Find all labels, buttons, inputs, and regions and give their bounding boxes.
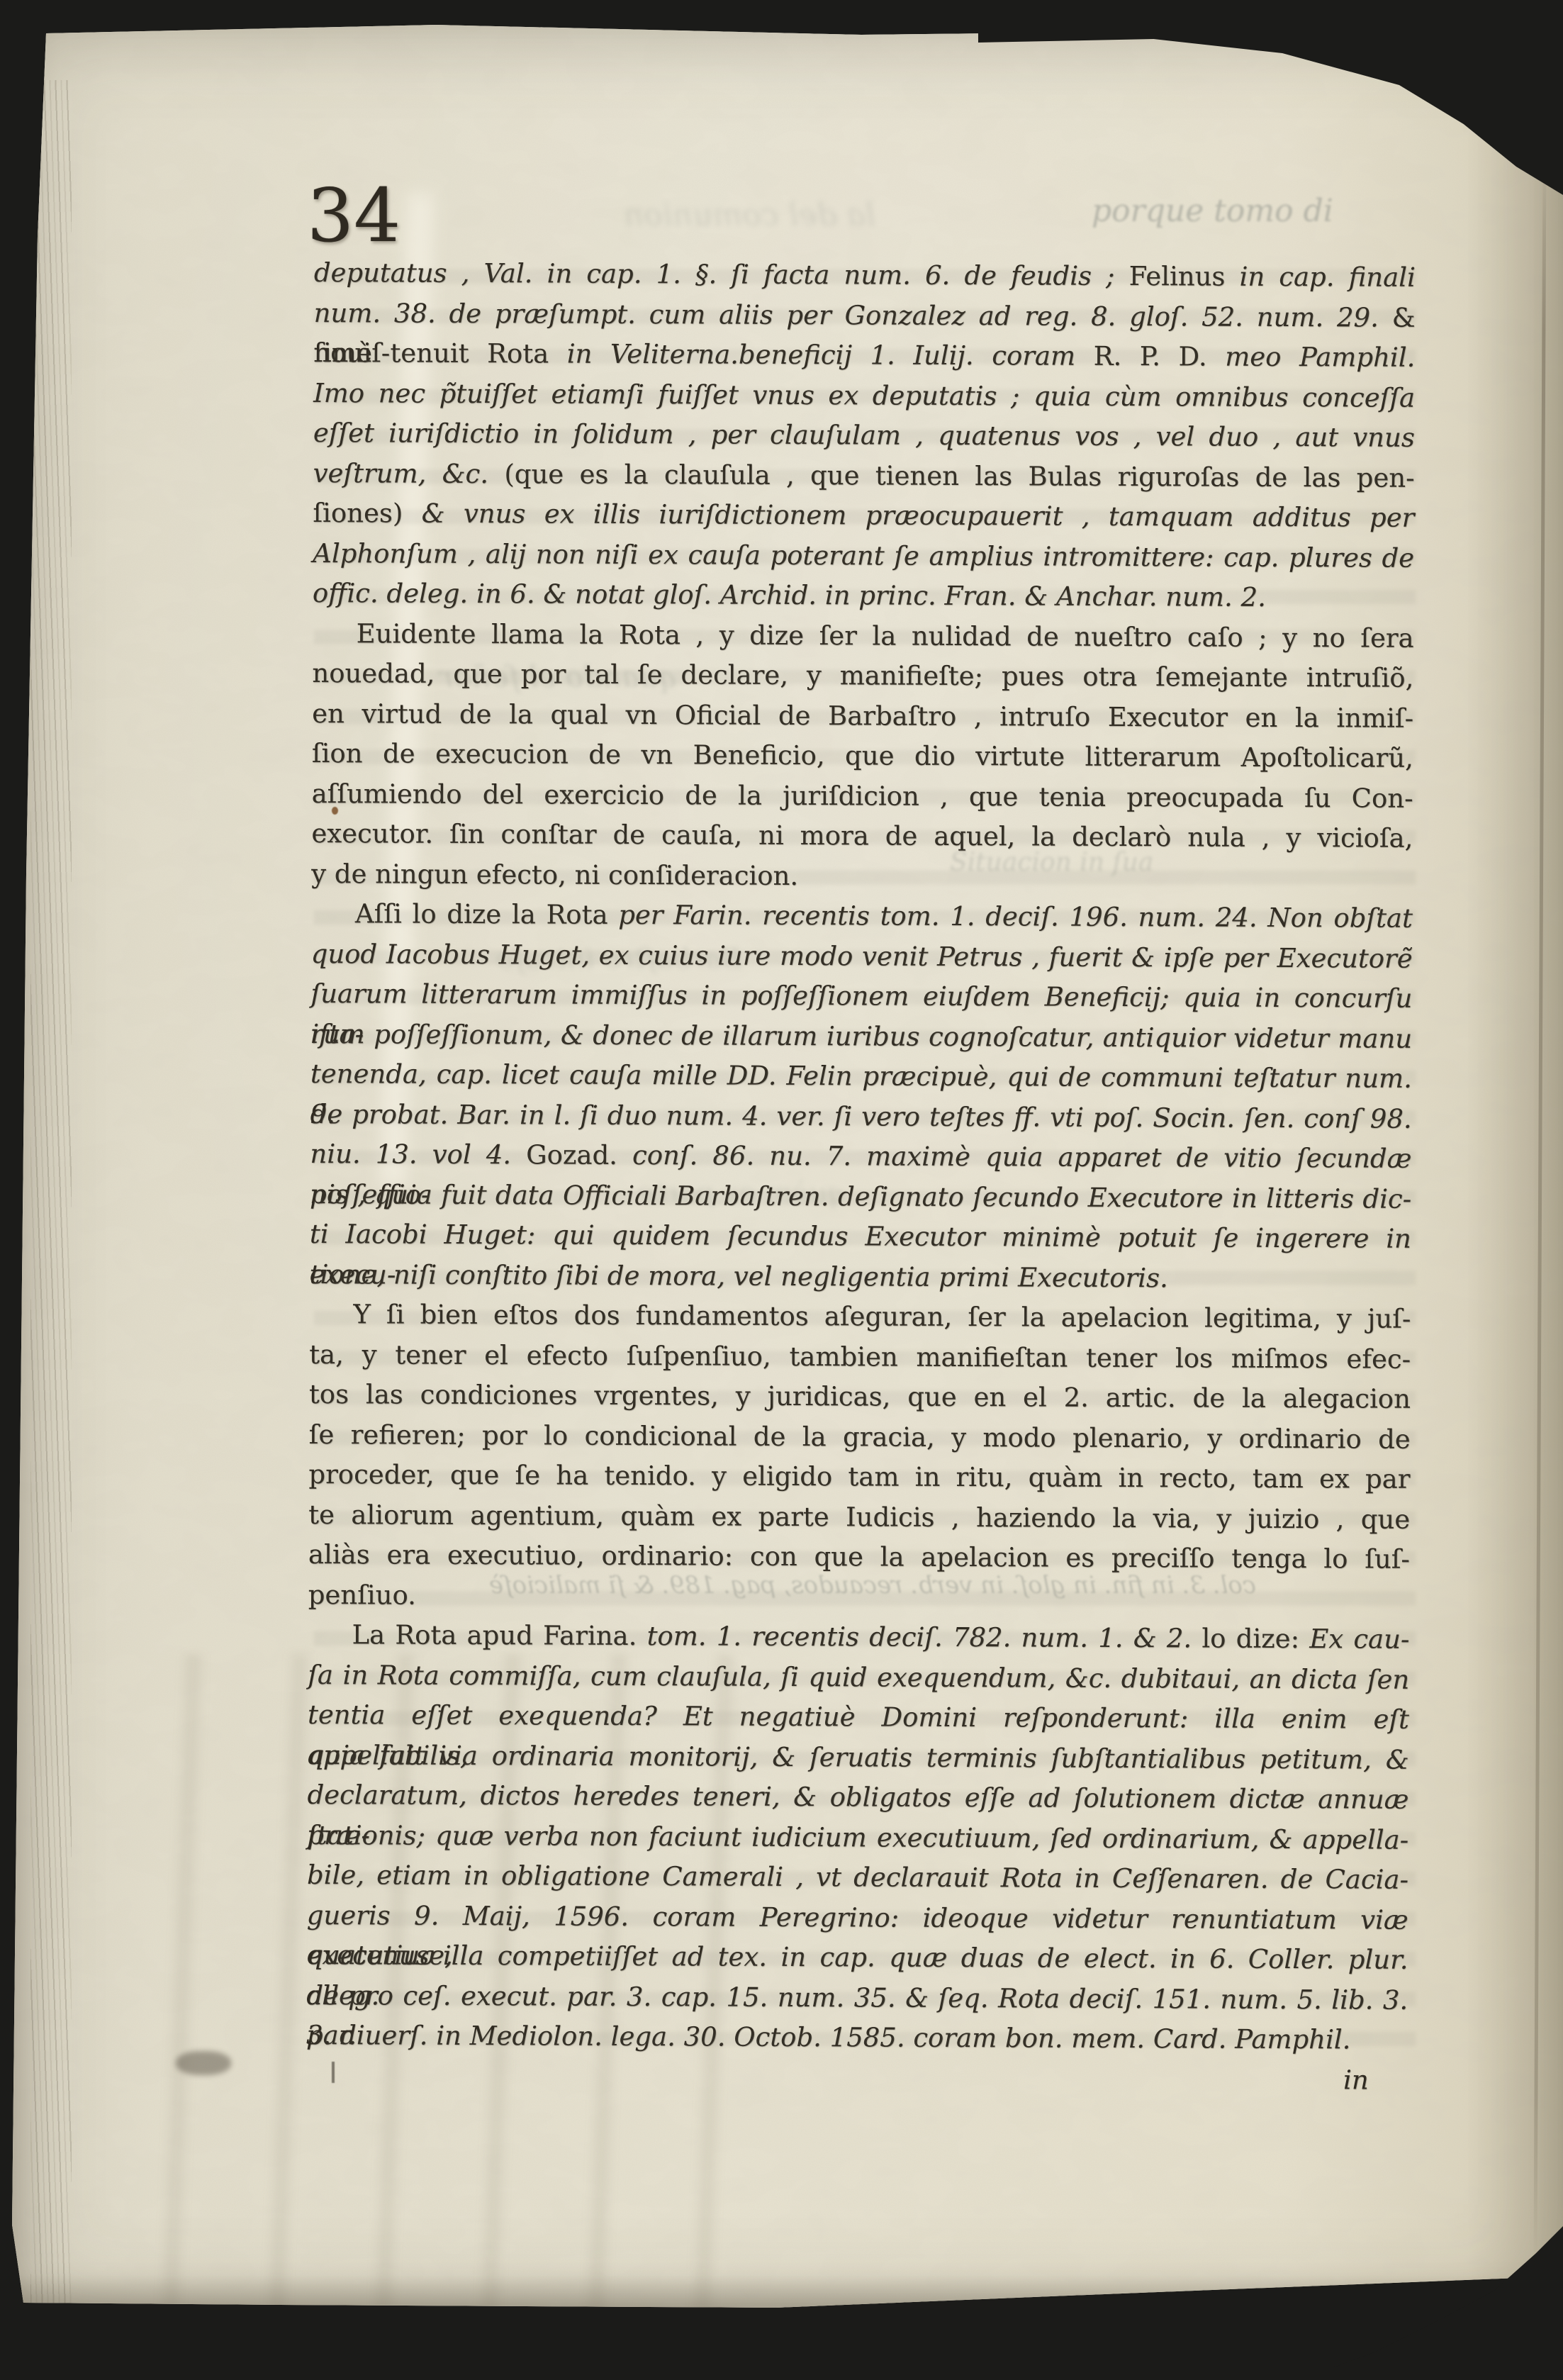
text-line: nis , quia fuit data Officiali Barbaſtre… [310,1174,1411,1219]
text-line: en virtud de la qual vn Oficial de Barba… [312,693,1413,738]
text-line: eſſet iuriſdictio in ſolidum , per clauſ… [313,413,1415,458]
text-segment: aliàs era executiuo, ordinario: con que … [308,1539,1410,1575]
text-segment: lo dize: [1201,1623,1309,1654]
text-line: proceder, que ſe ha tenido. y eligido ta… [308,1455,1410,1499]
text-segment: Felinus [1129,261,1240,292]
text-segment: y de ningun efecto, ni conſideracion. [311,858,798,890]
text-segment: veſtrum, &c. [313,457,505,488]
text-segment: aſſumiendo del exercicio de la juriſdici… [312,778,1413,813]
text-line: ſuarum litterarum immiſſus in poſſeſſion… [310,974,1412,1019]
text-segment: deputatus , Val. in cap. 1. §. ſi facta … [314,257,1129,291]
text-line: penſiuo. [308,1575,1410,1619]
text-segment: ſiones) [313,498,421,529]
text-line: Y ſi bien eſtos dos fundamentos aſeguran… [309,1295,1411,1339]
text-segment: ſion de execucion de vn Beneficio, que d… [312,738,1413,773]
text-segment: num. 38. de præſumpt. cum aliis per Gonz… [314,297,1392,333]
text-segment: Imo nec p̃tuiſſet etiamſi fuiſſet vnus e… [313,377,1415,413]
text-line: quatenus illa competiiſſet ad tex. in ca… [306,1935,1408,1980]
text-line: 3. diuerſ. in Mediolon. lega. 30. Octob.… [306,2016,1408,2060]
text-segment: Y ſi bien eſtos dos fundamentos aſeguran… [353,1299,1411,1334]
text-line: num. 38. de præſumpt. cum aliis per Gonz… [314,293,1416,337]
text-segment: quia fuit via ordinaria monitorij, & ſer… [308,1739,1409,1775]
text-line: ſiones) & vnus ex illis iuriſdictionem p… [313,493,1414,538]
text-segment: La Rota apud Farina. [352,1619,646,1651]
text-line: ſa in Rota commiſſa, cum clauſula, ſi qu… [308,1655,1409,1699]
text-line: niu. 13. vol 4. Gozad. conſ. 86. nu. 7. … [310,1134,1411,1179]
text-line: aſſumiendo del exercicio de la juriſdici… [312,773,1413,818]
page-curl-shading [1467,62,1563,2313]
text-block: deputatus , Val. in cap. 1. §. ſi facta … [306,253,1416,2101]
text-segment: in Veliterna.beneficij 1. Iulij. coram [567,339,1094,371]
text-line: bile, etiam in obligatione Camerali , vt… [307,1855,1408,1900]
text-segment: meo Pamphil. [1225,342,1415,373]
text-line: de probat. Bar. in l. ſi duo num. 4. ver… [310,1094,1412,1139]
text-segment: R. P. D. [1094,341,1226,372]
text-line: ſimè tenuit Rota in Veliterna.beneficij … [313,333,1415,378]
text-segment: nouedad, que por tal ſe declare, y manif… [312,658,1413,693]
text-line: ſtationis; quæ verba non faciunt iudiciu… [307,1815,1408,1860]
text-line: La Rota apud Farina. tom. 1. recentis de… [308,1615,1409,1660]
text-segment: & vnus ex illis iuriſdictionem præocupau… [422,498,1415,533]
scanned-book-photo: { "page": { "number": "34", "catchword":… [0,0,1563,2380]
text-segment: 3. diuerſ. in Mediolon. lega. 30. Octob.… [306,2020,1351,2055]
text-segment: executor. ſin conſtar de cauſa, ni mora … [311,818,1413,854]
text-segment: nis , quia fuit data Officiali Barbaſtre… [310,1178,1411,1214]
text-segment: tom. 1. recentis deciſ. 782. num. 1. & 2… [647,1621,1202,1653]
text-line: declaratum, dictos heredes teneri, & obl… [307,1775,1408,1820]
text-line: te aliorum agentium, quàm ex parte Iudic… [308,1495,1410,1539]
text-segment: proceder, que ſe ha tenido. y eligido ta… [308,1459,1410,1495]
text-segment: ſe refieren; por lo condicional de la gr… [309,1419,1411,1454]
text-segment: ſimè tenuit Rota [313,337,567,369]
text-line: tenenda, cap. licet cauſa mille DD. Feli… [310,1054,1412,1099]
text-line: ſe refieren; por lo condicional de la gr… [309,1414,1411,1459]
text-line: deputatus , Val. in cap. 1. §. ſi facta … [314,253,1416,298]
ink-stroke-mark [332,2062,335,2083]
text-segment: ſtationis; quæ verba non faciunt iudiciu… [307,1819,1408,1855]
text-segment: per Farin. recentis tom. 1. deciſ. 196. … [618,900,1413,934]
text-line: rum poſſeſſionum, & donec de illarum iur… [310,1014,1412,1058]
text-line: y de ningun efecto, ni conſideracion. [311,854,1413,898]
text-line: tentia eſſet exequenda? Et negatiuè Domi… [308,1695,1409,1740]
text-segment: Ex cau- [1309,1624,1409,1655]
text-line: tione, niſi conſtito ſibi de mora, vel n… [310,1254,1411,1299]
text-line: Aſſi lo dize la Rota per Farin. recentis… [311,894,1413,939]
text-segment: penſiuo. [308,1579,416,1610]
text-line: Alphonſum , alij non niſi ex cauſa poter… [313,533,1414,578]
page-number: 34 [307,179,400,252]
catchword: in [306,2055,1408,2100]
text-segment: Aſſi lo dize la Rota [355,898,619,930]
text-line: quod Iacobus Huget, ex cuius iure modo v… [311,934,1413,978]
text-line: de pro ceſ. execut. par. 3. cap. 15. num… [306,1975,1408,2020]
text-segment: Euidente llama la Rota , y dize ſer la n… [357,618,1414,654]
text-segment: ta, y tener el efecto ſuſpenſiuo, tambie… [309,1339,1411,1374]
text-segment: in cap. finali [1239,262,1415,293]
text-line: aliàs era executiuo, ordinario: con que … [308,1535,1410,1580]
text-line: Euidente llama la Rota , y dize ſer la n… [313,613,1414,658]
text-line: executor. ſin conſtar de cauſa, ni mora … [311,814,1413,859]
text-line: ti Iacobi Huget: qui quidem ſecundus Exe… [310,1214,1411,1259]
text-line: gueris 9. Maij, 1596. coram Peregrino: i… [307,1895,1408,1940]
text-line: nouedad, que por tal ſe declare, y manif… [312,654,1413,698]
text-segment: rum poſſeſſionum, & donec de illarum iur… [310,1018,1412,1054]
text-line: Imo nec p̃tuiſſet etiamſi fuiſſet vnus e… [313,373,1415,418]
text-line: offic. deleg. in 6. & notat gloſ. Archid… [313,574,1414,618]
ink-smudge [176,2051,231,2075]
text-segment: niu. 13. vol 4. [310,1139,526,1170]
text-segment: quod Iacobus Huget, ex cuius iure modo v… [311,938,1413,973]
text-segment: te aliorum agentium, quàm ex parte Iudic… [308,1499,1410,1534]
text-segment: en virtud de la qual vn Oficial de Barba… [312,698,1413,733]
text-segment: Gozad. [526,1139,632,1171]
paper-speck [332,807,338,815]
text-segment: offic. deleg. in 6. & notat gloſ. Archid… [313,578,1266,613]
text-segment: eſſet iuriſdictio in ſolidum , per clauſ… [313,418,1415,453]
text-segment: de probat. Bar. in l. ſi duo num. 4. ver… [310,1098,1412,1134]
text-line: quia fuit via ordinaria monitorij, & ſer… [308,1735,1409,1780]
page-edge-stack [30,80,72,2310]
text-line: veſtrum, &c. (que es la clauſula , que t… [313,453,1415,498]
text-line: ſion de execucion de vn Beneficio, que d… [312,734,1413,778]
text-segment: ſa in Rota commiſſa, cum clauſula, ſi qu… [308,1659,1409,1694]
text-line: ta, y tener el efecto ſuſpenſiuo, tambie… [309,1334,1411,1379]
text-segment: tione, niſi conſtito ſibi de mora, vel n… [310,1258,1168,1292]
text-segment: (que es la clauſula , que tienen las Bul… [504,459,1414,493]
text-segment: Alphonſum , alij non niſi ex cauſa poter… [313,537,1414,573]
text-segment: tos las condiciones vrgentes, y juridica… [309,1379,1411,1414]
text-line: tos las condiciones vrgentes, y juridica… [309,1375,1411,1419]
text-segment: bile, etiam in obligatione Camerali , vt… [307,1860,1408,1895]
